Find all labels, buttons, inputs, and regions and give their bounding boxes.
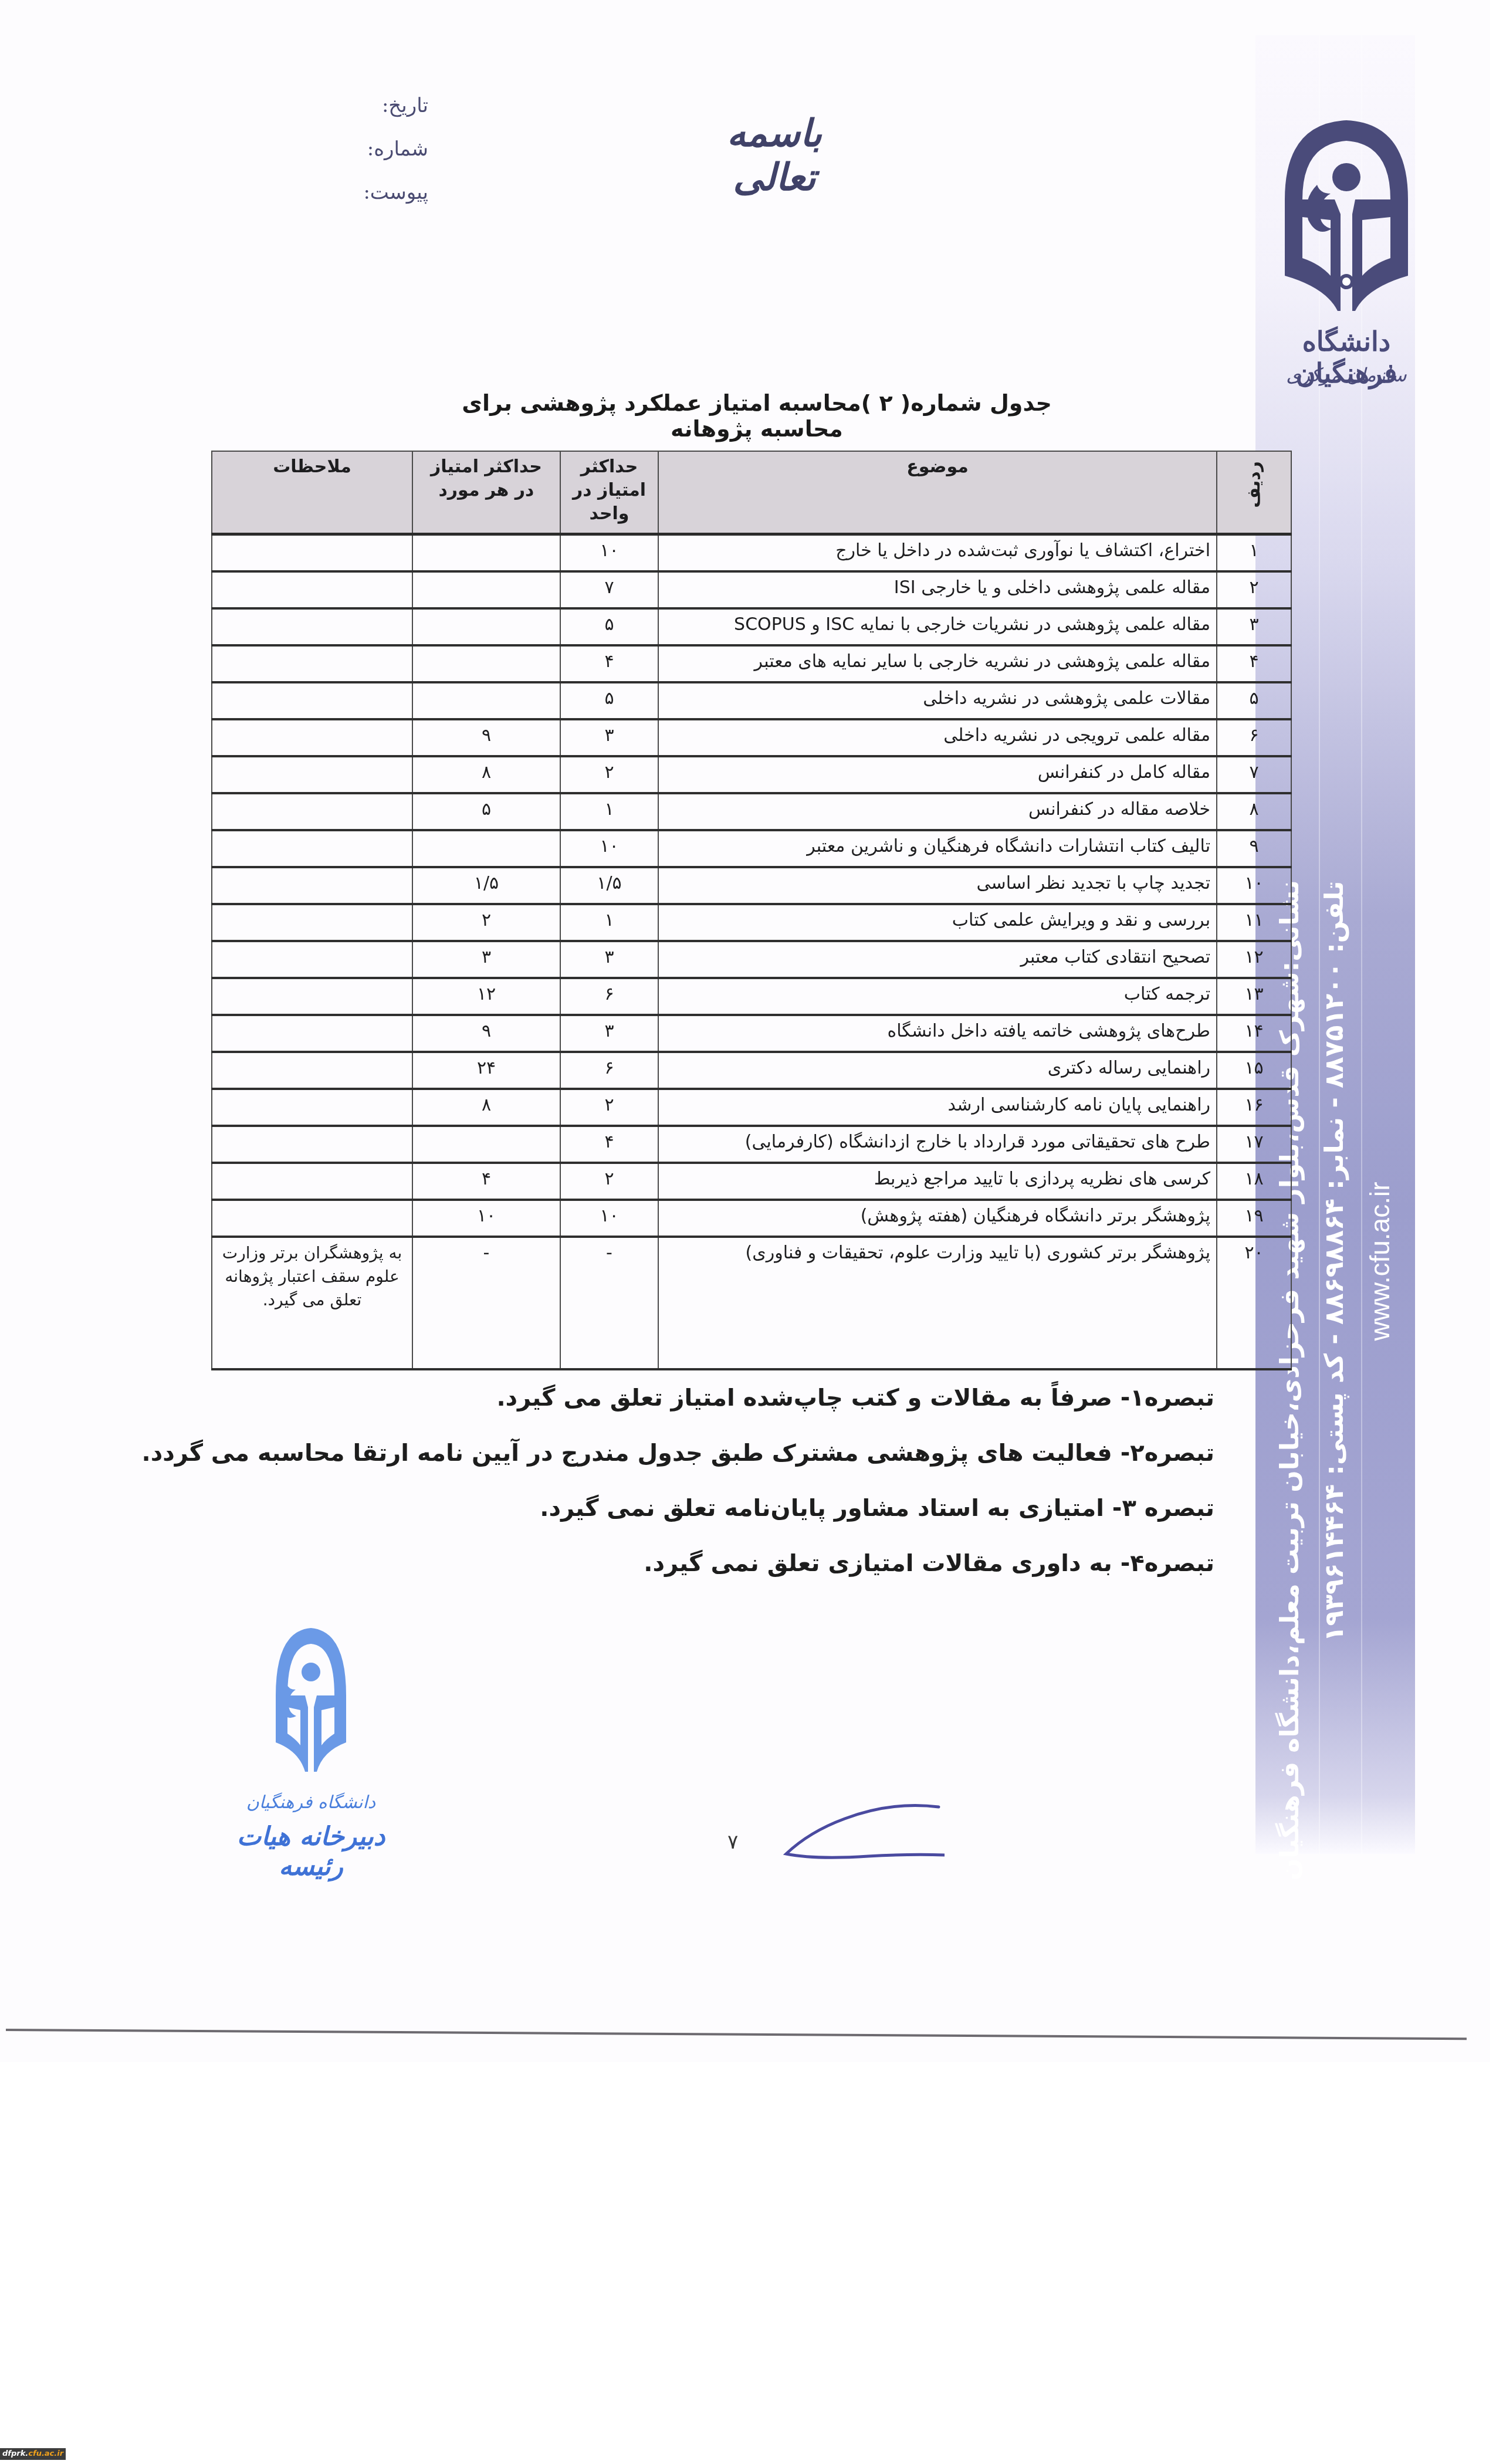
row-max-per-unit: ۴ bbox=[560, 1126, 658, 1163]
row-index: ۴ bbox=[1217, 645, 1291, 682]
row-index: ۱۹ bbox=[1217, 1200, 1291, 1237]
row-index: ۱۸ bbox=[1217, 1163, 1291, 1200]
row-notes bbox=[212, 756, 412, 793]
row-index: ۱۴ bbox=[1217, 1015, 1291, 1052]
row-topic: مقاله علمی پژوهشی در نشریه خارجی با سایر… bbox=[658, 645, 1217, 682]
table-row: ۱اختراع، اکتشاف یا نوآوری ثبت‌شده در داخ… bbox=[212, 534, 1291, 572]
row-topic: کرسی های نظریه پردازی با تایید مراجع ذیر… bbox=[658, 1163, 1217, 1200]
row-topic: مقاله علمی پژوهشی داخلی و یا خارجی ISI bbox=[658, 571, 1217, 608]
row-topic: طرح‌های پژوهشی خاتمه یافته داخل دانشگاه bbox=[658, 1015, 1217, 1052]
column-header-max-per-case: حداکثر امتیاز در هر مورد bbox=[412, 451, 560, 534]
column-header-topic: موضوع bbox=[658, 451, 1217, 534]
row-index: ۹ bbox=[1217, 830, 1291, 867]
row-max-per-unit: ۱ bbox=[560, 904, 658, 941]
row-index: ۱۶ bbox=[1217, 1089, 1291, 1126]
office-stamp: دانشگاه فرهنگیان دبیرخانه هیات رئیسه bbox=[217, 1625, 405, 1883]
basmala-heading: باسمه تعالی bbox=[698, 111, 851, 176]
row-max-per-case bbox=[412, 830, 560, 867]
table-row: ۹تالیف کتاب انتشارات دانشگاه فرهنگیان و … bbox=[212, 830, 1291, 867]
footnote: تبصره۴- به داوری مقالات امتیازی تعلق نمی… bbox=[317, 1550, 1214, 1605]
row-notes bbox=[212, 1200, 412, 1237]
table-row: ۵مقالات علمی پژوهشی در نشریه داخلی۵ bbox=[212, 682, 1291, 719]
row-notes bbox=[212, 682, 412, 719]
table-row: ۷مقاله کامل در کنفرانس۲۸ bbox=[212, 756, 1291, 793]
footnote: تبصره ۳- امتیازی به استاد مشاور پایان‌نا… bbox=[317, 1495, 1214, 1550]
row-topic: مقالات علمی پژوهشی در نشریه داخلی bbox=[658, 682, 1217, 719]
table-row: ۱۵راهنمایی رساله دکتری۶۲۴ bbox=[212, 1052, 1291, 1089]
table-row: ۱۱بررسی و نقد و ویرایش علمی کتاب۱۲ bbox=[212, 904, 1291, 941]
table-title: جدول شماره( ۲ )محاسبه امتیاز عملکرد پژوه… bbox=[434, 390, 1079, 442]
table-row: ۲مقاله علمی پژوهشی داخلی و یا خارجی ISI۷ bbox=[212, 571, 1291, 608]
table-row: ۱۲تصحیح انتقادی کتاب معتبر۳۳ bbox=[212, 941, 1291, 978]
row-index: ۱۳ bbox=[1217, 978, 1291, 1015]
row-max-per-unit: ۱۰ bbox=[560, 534, 658, 572]
row-notes bbox=[212, 1052, 412, 1089]
table-header-row: ردیف موضوع حداکثر امتیاز در واحد حداکثر … bbox=[212, 451, 1291, 534]
row-notes bbox=[212, 978, 412, 1015]
table-row: ۶مقاله علمی ترویجی در نشریه داخلی۳۹ bbox=[212, 719, 1291, 756]
row-notes bbox=[212, 645, 412, 682]
university-logo: دانشگاه فرهنگیان سازمان مرکزی bbox=[1261, 111, 1431, 346]
table-row: ۸خلاصه مقاله در کنفرانس۱۵ bbox=[212, 793, 1291, 830]
row-max-per-unit: ۲ bbox=[560, 756, 658, 793]
sidebar-contact-numbers: تلفن: ۸۸۷۵۱۲۰۰ - نمابر: ۸۸۶۹۸۸۶۴ - کد پس… bbox=[1319, 880, 1349, 1643]
stamp-office-name: دبیرخانه هیات رئیسه bbox=[217, 1822, 405, 1881]
table-row: ۱۳ترجمه کتاب۶۱۲ bbox=[212, 978, 1291, 1015]
row-notes: به پژوهشگران برتر وزارت علوم سقف اعتبار … bbox=[212, 1237, 412, 1369]
row-index: ۶ bbox=[1217, 719, 1291, 756]
table-row: ۱۸کرسی های نظریه پردازی با تایید مراجع ذ… bbox=[212, 1163, 1291, 1200]
row-notes bbox=[212, 1163, 412, 1200]
footnote: تبصره۲- فعالیت های پژوهشی مشترک طبق جدول… bbox=[317, 1440, 1214, 1495]
row-max-per-case bbox=[412, 682, 560, 719]
table-row: ۲۰پژوهشگر برتر کشوری (با تایید وزارت علو… bbox=[212, 1237, 1291, 1369]
number-label: شماره: bbox=[340, 137, 428, 181]
row-topic: ترجمه کتاب bbox=[658, 978, 1217, 1015]
row-max-per-unit: ۳ bbox=[560, 719, 658, 756]
row-max-per-unit: ۵ bbox=[560, 682, 658, 719]
row-index: ۱۰ bbox=[1217, 867, 1291, 904]
row-max-per-unit: ۳ bbox=[560, 941, 658, 978]
row-notes bbox=[212, 1126, 412, 1163]
row-max-per-unit: ۱ bbox=[560, 793, 658, 830]
letter-meta: تاریخ: شماره: پیوست: bbox=[340, 94, 428, 224]
row-max-per-unit: - bbox=[560, 1237, 658, 1369]
row-max-per-unit: ۴ bbox=[560, 645, 658, 682]
column-header-index: ردیف bbox=[1217, 451, 1291, 534]
row-index: ۲۰ bbox=[1217, 1237, 1291, 1369]
row-max-per-case: ۸ bbox=[412, 1089, 560, 1126]
row-max-per-unit: ۷ bbox=[560, 571, 658, 608]
row-topic: تالیف کتاب انتشارات دانشگاه فرهنگیان و ن… bbox=[658, 830, 1217, 867]
row-topic: مقاله علمی پژوهشی در نشریات خارجی با نما… bbox=[658, 608, 1217, 645]
sidebar-website: www.cfu.ac.ir bbox=[1364, 880, 1396, 1643]
row-max-per-case: ۱۰ bbox=[412, 1200, 560, 1237]
row-max-per-case: ۵ bbox=[412, 793, 560, 830]
row-max-per-case bbox=[412, 1126, 560, 1163]
row-index: ۱ bbox=[1217, 534, 1291, 572]
row-max-per-case: ۱/۵ bbox=[412, 867, 560, 904]
site-watermark: dfprk.cfu.ac.ir bbox=[0, 2448, 66, 2460]
row-max-per-case: ۴ bbox=[412, 1163, 560, 1200]
row-notes bbox=[212, 793, 412, 830]
row-notes bbox=[212, 534, 412, 572]
row-max-per-unit: ۶ bbox=[560, 1052, 658, 1089]
row-topic: خلاصه مقاله در کنفرانس bbox=[658, 793, 1217, 830]
row-notes bbox=[212, 830, 412, 867]
row-notes bbox=[212, 1089, 412, 1126]
footnotes: تبصره۱- صرفاً به مقالات و کتب چاپ‌شده ام… bbox=[317, 1385, 1214, 1605]
stamp-university-name: دانشگاه فرهنگیان bbox=[217, 1792, 405, 1813]
row-max-per-case: ۱۲ bbox=[412, 978, 560, 1015]
row-index: ۲ bbox=[1217, 571, 1291, 608]
row-max-per-unit: ۱۰ bbox=[560, 830, 658, 867]
row-max-per-case: ۳ bbox=[412, 941, 560, 978]
row-max-per-unit: ۱۰ bbox=[560, 1200, 658, 1237]
date-label: تاریخ: bbox=[340, 94, 428, 137]
row-notes bbox=[212, 571, 412, 608]
attachment-label: پیوست: bbox=[340, 181, 428, 224]
row-index: ۸ bbox=[1217, 793, 1291, 830]
row-max-per-case: ۸ bbox=[412, 756, 560, 793]
row-topic: مقاله علمی ترویجی در نشریه داخلی bbox=[658, 719, 1217, 756]
column-header-max-per-unit: حداکثر امتیاز در واحد bbox=[560, 451, 658, 534]
table-row: ۱۶راهنمایی پایان نامه کارشناسی ارشد۲۸ bbox=[212, 1089, 1291, 1126]
row-topic: تصحیح انتقادی کتاب معتبر bbox=[658, 941, 1217, 978]
row-max-per-unit: ۲ bbox=[560, 1089, 658, 1126]
table-row: ۱۹پژوهشگر برتر دانشگاه فرهنگیان (هفته پژ… bbox=[212, 1200, 1291, 1237]
row-notes bbox=[212, 1015, 412, 1052]
row-max-per-case: - bbox=[412, 1237, 560, 1369]
table-row: ۱۴طرح‌های پژوهشی خاتمه یافته داخل دانشگا… bbox=[212, 1015, 1291, 1052]
row-max-per-unit: ۶ bbox=[560, 978, 658, 1015]
row-max-per-unit: ۱/۵ bbox=[560, 867, 658, 904]
row-topic: تجدید چاپ با تجدید نظر اساسی bbox=[658, 867, 1217, 904]
row-max-per-unit: ۵ bbox=[560, 608, 658, 645]
row-index: ۷ bbox=[1217, 756, 1291, 793]
university-emblem-icon bbox=[1261, 111, 1431, 323]
row-notes bbox=[212, 904, 412, 941]
row-max-per-case bbox=[412, 645, 560, 682]
row-max-per-case: ۹ bbox=[412, 719, 560, 756]
table-row: ۴مقاله علمی پژوهشی در نشریه خارجی با سای… bbox=[212, 645, 1291, 682]
row-topic: اختراع، اکتشاف یا نوآوری ثبت‌شده در داخل… bbox=[658, 534, 1217, 572]
signature-icon bbox=[774, 1795, 945, 1866]
row-notes bbox=[212, 608, 412, 645]
row-notes bbox=[212, 719, 412, 756]
row-topic: راهنمایی پایان نامه کارشناسی ارشد bbox=[658, 1089, 1217, 1126]
row-topic: پژوهشگر برتر دانشگاه فرهنگیان (هفته پژوه… bbox=[658, 1200, 1217, 1237]
footnote: تبصره۱- صرفاً به مقالات و کتب چاپ‌شده ام… bbox=[317, 1385, 1214, 1440]
row-notes bbox=[212, 867, 412, 904]
score-table: ردیف موضوع حداکثر امتیاز در واحد حداکثر … bbox=[211, 451, 1248, 1370]
row-max-per-case bbox=[412, 571, 560, 608]
row-topic: پژوهشگر برتر کشوری (با تایید وزارت علوم،… bbox=[658, 1237, 1217, 1369]
row-max-per-case bbox=[412, 608, 560, 645]
row-index: ۱۲ bbox=[1217, 941, 1291, 978]
column-header-notes: ملاحظات bbox=[212, 451, 412, 534]
page-number: ۷ bbox=[727, 1830, 738, 1854]
table-row: ۱۷طرح های تحقیقاتی مورد قرارداد با خارج … bbox=[212, 1126, 1291, 1163]
table-row: ۱۰تجدید چاپ با تجدید نظر اساسی۱/۵۱/۵ bbox=[212, 867, 1291, 904]
row-index: ۱۵ bbox=[1217, 1052, 1291, 1089]
row-index: ۵ bbox=[1217, 682, 1291, 719]
row-max-per-case: ۲ bbox=[412, 904, 560, 941]
row-topic: بررسی و نقد و ویرایش علمی کتاب bbox=[658, 904, 1217, 941]
row-max-per-case: ۹ bbox=[412, 1015, 560, 1052]
stamp-emblem-icon bbox=[217, 1625, 405, 1789]
row-max-per-case bbox=[412, 534, 560, 572]
row-topic: راهنمایی رساله دکتری bbox=[658, 1052, 1217, 1089]
row-topic: طرح های تحقیقاتی مورد قرارداد با خارج از… bbox=[658, 1126, 1217, 1163]
row-max-per-unit: ۳ bbox=[560, 1015, 658, 1052]
row-max-per-case: ۲۴ bbox=[412, 1052, 560, 1089]
row-index: ۳ bbox=[1217, 608, 1291, 645]
table-row: ۳مقاله علمی پژوهشی در نشریات خارجی با نم… bbox=[212, 608, 1291, 645]
row-index: ۱۱ bbox=[1217, 904, 1291, 941]
organization-name: سازمان مرکزی bbox=[1261, 364, 1431, 386]
row-max-per-unit: ۲ bbox=[560, 1163, 658, 1200]
row-index: ۱۷ bbox=[1217, 1126, 1291, 1163]
row-notes bbox=[212, 941, 412, 978]
row-topic: مقاله کامل در کنفرانس bbox=[658, 756, 1217, 793]
